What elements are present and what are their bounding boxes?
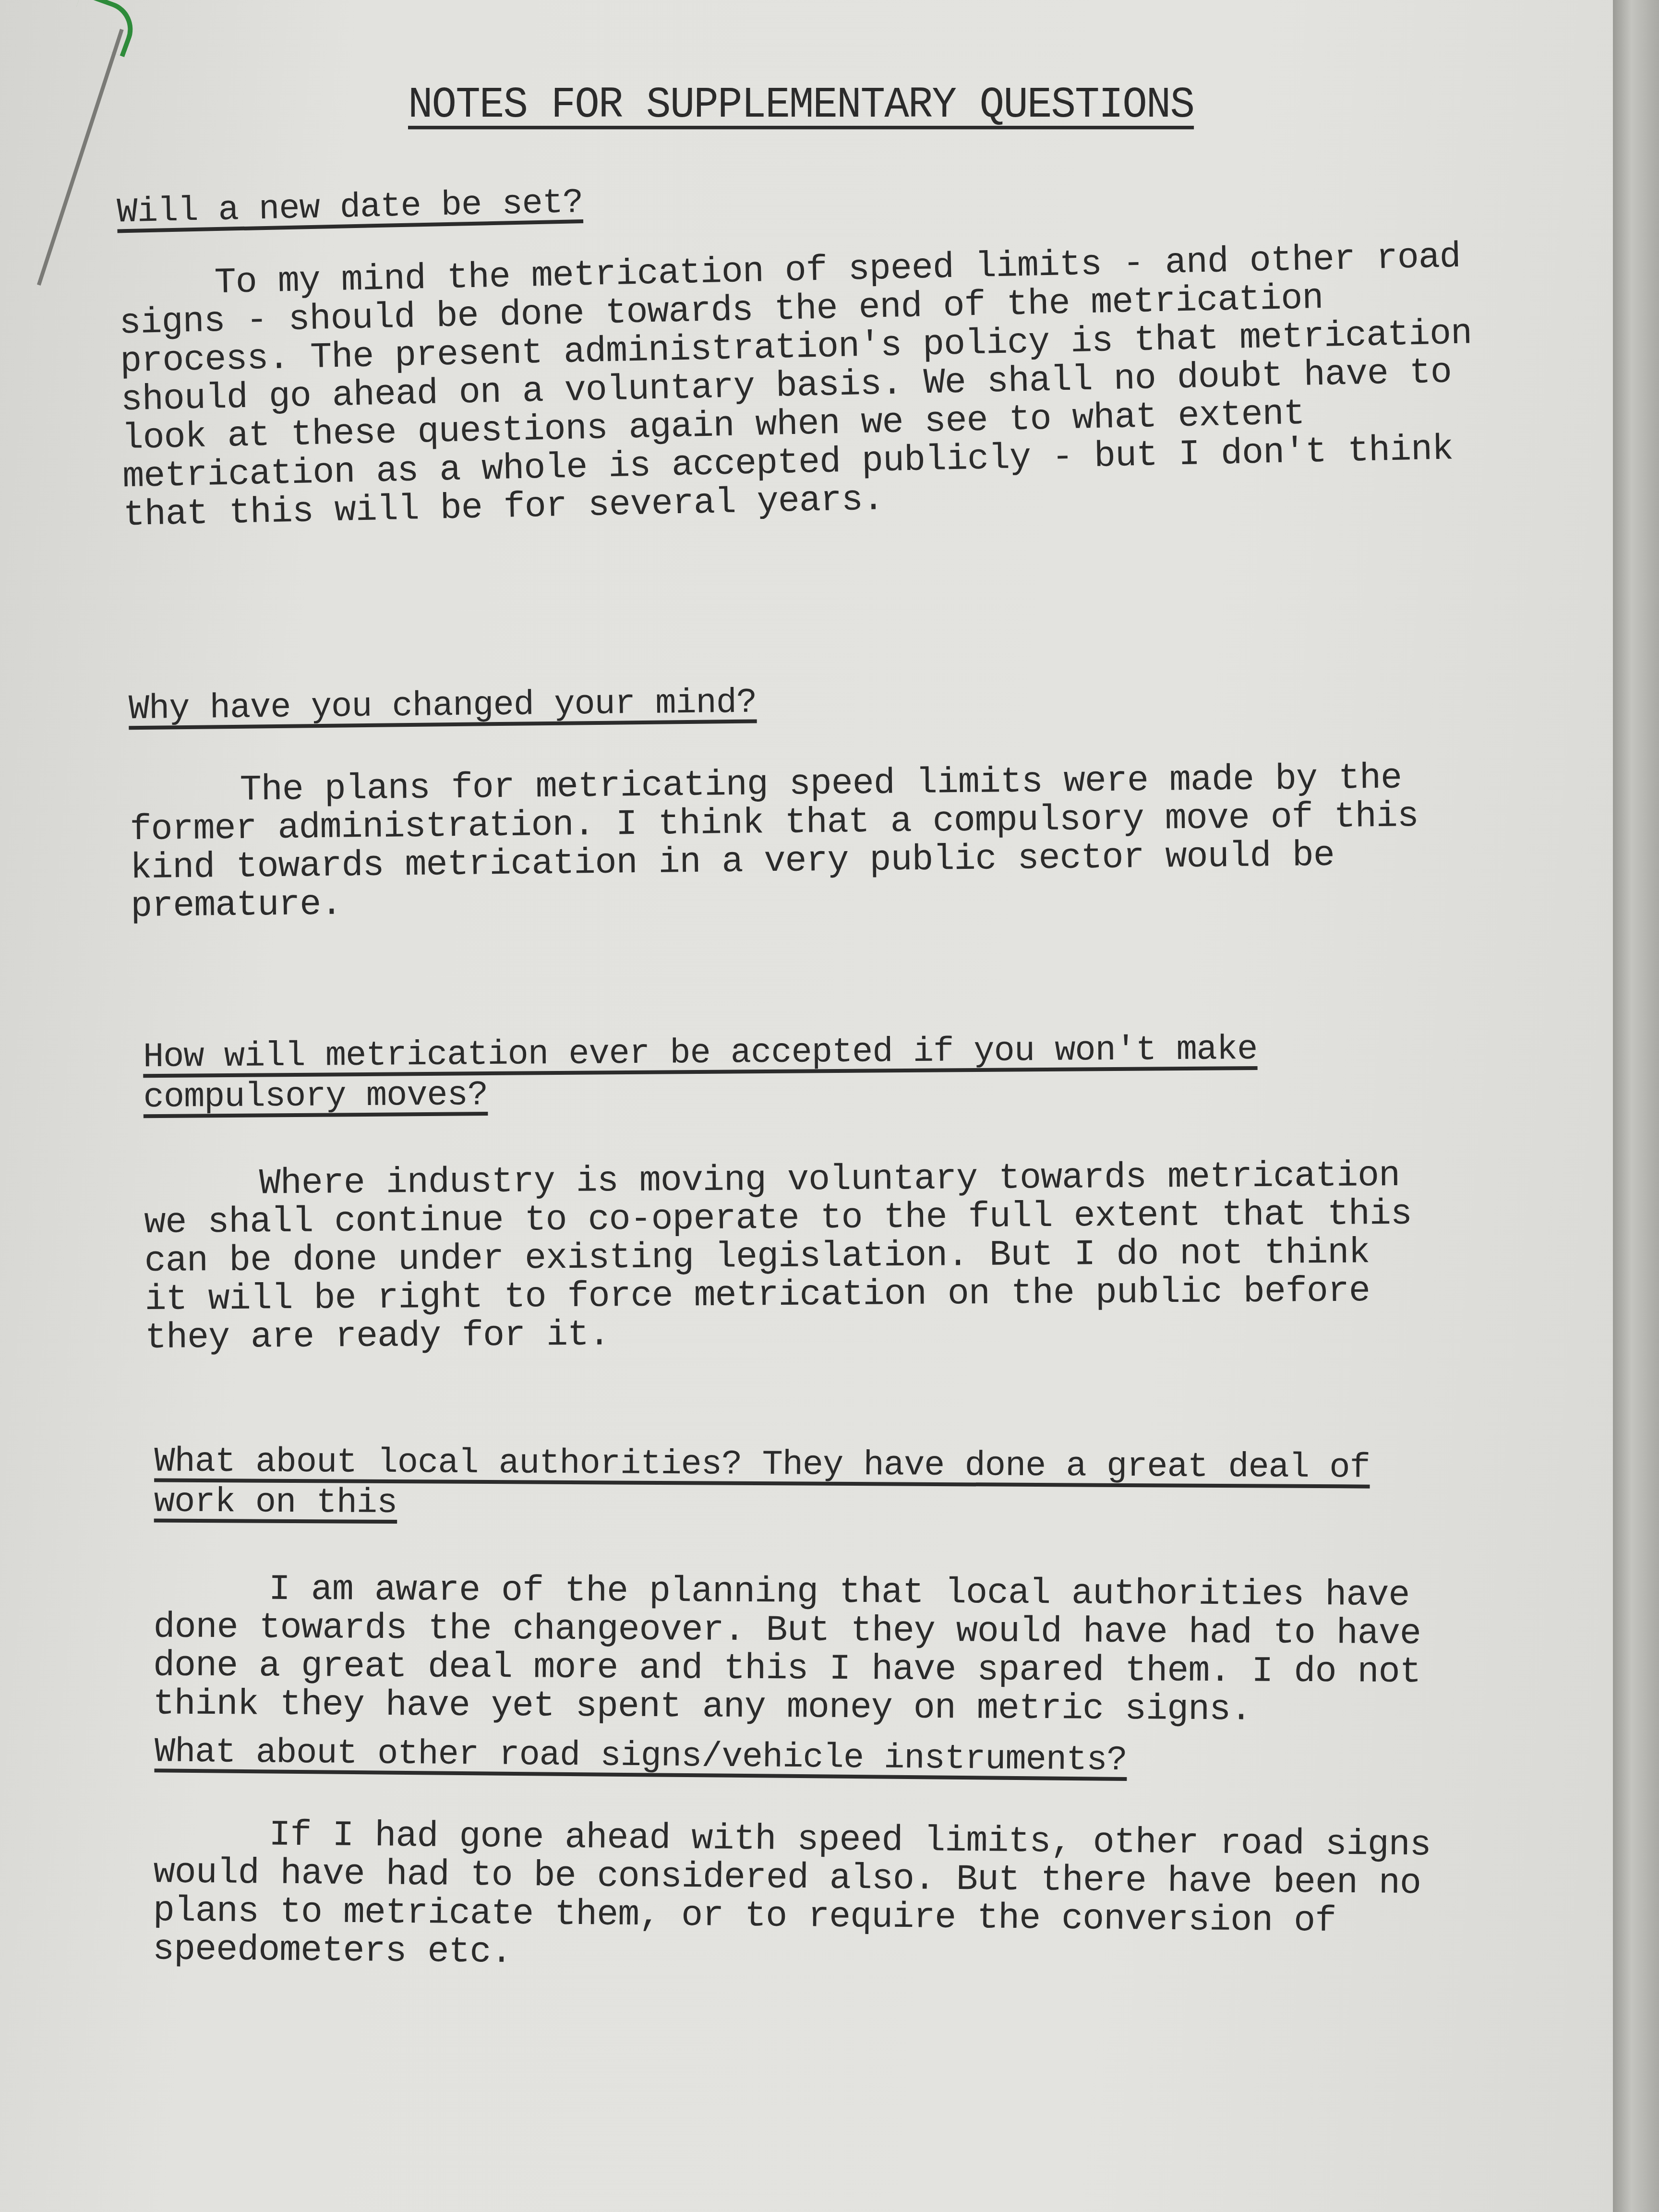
page-title: NOTES FOR SUPPLEMENTARY QUESTIONS <box>408 81 1194 130</box>
tag-cord <box>37 29 124 286</box>
question-heading: How will metrication ever be accepted if… <box>143 1028 1401 1118</box>
question-heading: Why have you changed your mind? <box>128 674 1521 729</box>
section-new-date: Will a new date be set? To my mind the m… <box>117 163 1515 535</box>
answer-paragraph: I am aware of the planning that local au… <box>153 1570 1488 1731</box>
page-edge-shadow <box>1613 0 1659 2212</box>
answer-paragraph: The plans for metricating speed limits w… <box>129 758 1523 926</box>
treasury-tag-icon <box>66 0 141 57</box>
section-changed-mind: Why have you changed your mind? The plan… <box>128 674 1523 926</box>
section-compulsory-moves: How will metrication ever be accepted if… <box>143 1027 1538 1358</box>
answer-paragraph: Where industry is moving voluntary towar… <box>144 1157 1422 1358</box>
answer-paragraph: To my mind the metrication of speed limi… <box>118 237 1515 535</box>
question-heading: What about other road signs/vehicle inst… <box>154 1731 1547 1784</box>
question-heading: Will a new date be set? <box>117 163 1509 233</box>
section-road-signs: What about other road signs/vehicle inst… <box>153 1731 1547 1981</box>
answer-paragraph: If I had gone ahead with speed limits, o… <box>153 1815 1489 1980</box>
section-local-authorities: What about local authorities? They have … <box>153 1441 1546 1731</box>
paper-page: NOTES FOR SUPPLEMENTARY QUESTIONS Will a… <box>0 0 1613 2212</box>
question-heading: What about local authorities? They have … <box>154 1441 1460 1528</box>
